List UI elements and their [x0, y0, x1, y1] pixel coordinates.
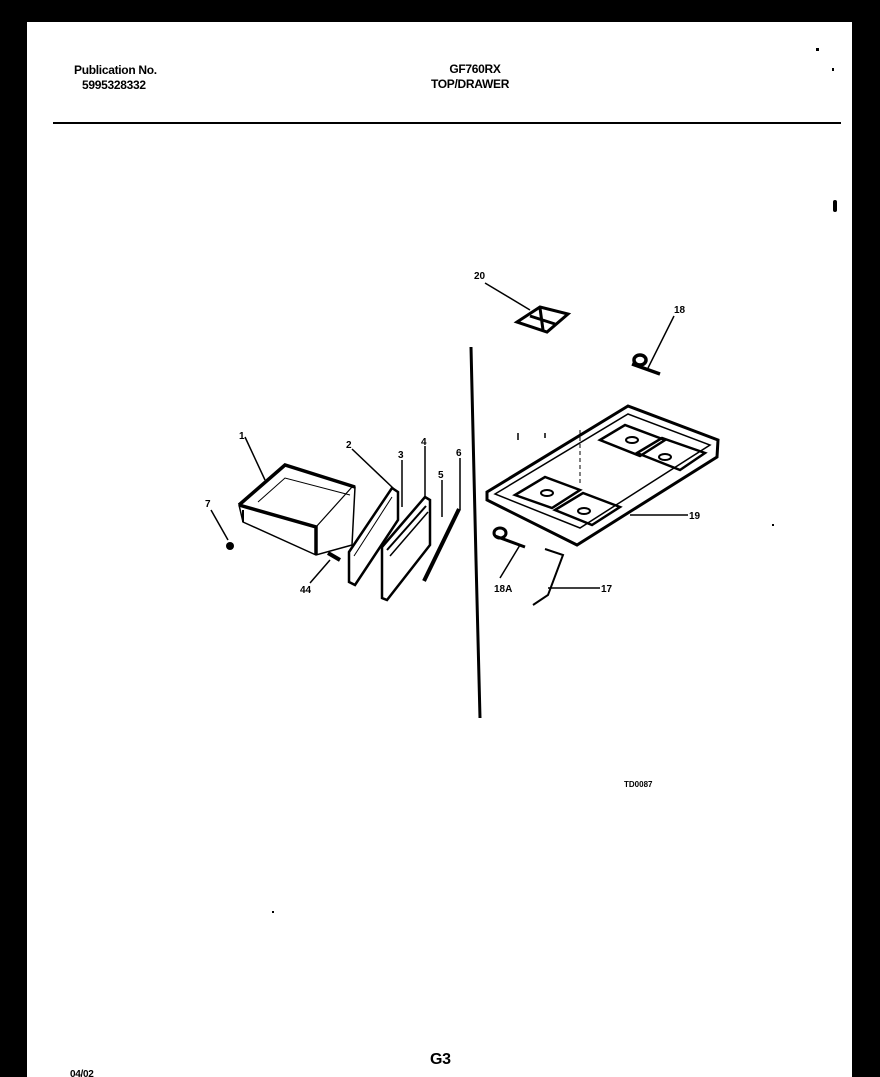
callout-18a: 18A [494, 584, 512, 595]
callout-4: 4 [421, 437, 427, 448]
scan-speck [772, 524, 774, 526]
callout-19: 19 [689, 511, 701, 522]
page-code: G3 [430, 1051, 451, 1069]
scan-speck [833, 200, 837, 212]
clip-18-part [632, 355, 660, 374]
callout-20: 20 [474, 271, 486, 282]
grate-part [517, 307, 568, 332]
scan-speck [816, 48, 819, 51]
leader-20 [485, 283, 530, 310]
scan-speck [832, 68, 834, 71]
callout-44: 44 [300, 585, 312, 596]
leader-1 [245, 437, 265, 480]
exploded-parts-diagram: 1 2 3 4 5 6 7 44 20 18 [0, 0, 880, 1077]
leader-7 [211, 510, 228, 540]
callout-3: 3 [398, 450, 404, 461]
callout-5: 5 [438, 470, 444, 481]
callout-2: 2 [346, 440, 352, 451]
diagram-code: TD0087 [624, 780, 653, 789]
cooktop-part [487, 406, 718, 545]
screw-44-part [328, 553, 340, 560]
leader-18 [648, 316, 674, 368]
screw-7-part [226, 542, 234, 550]
leader-2 [352, 449, 393, 488]
rod-17-part [533, 549, 563, 605]
leader-18a [500, 545, 520, 578]
clip-18a-part [494, 528, 525, 547]
callout-6: 6 [456, 448, 462, 459]
drawer-part [239, 465, 355, 555]
scan-speck [272, 911, 274, 913]
callout-1: 1 [239, 431, 245, 442]
revision-date: 04/02 [70, 1068, 94, 1077]
drawer-panel-part [382, 497, 430, 600]
callout-7: 7 [205, 499, 211, 510]
leader-44 [310, 560, 330, 583]
callout-17: 17 [601, 584, 613, 595]
center-divider-line [471, 347, 480, 718]
callout-18: 18 [674, 305, 686, 316]
